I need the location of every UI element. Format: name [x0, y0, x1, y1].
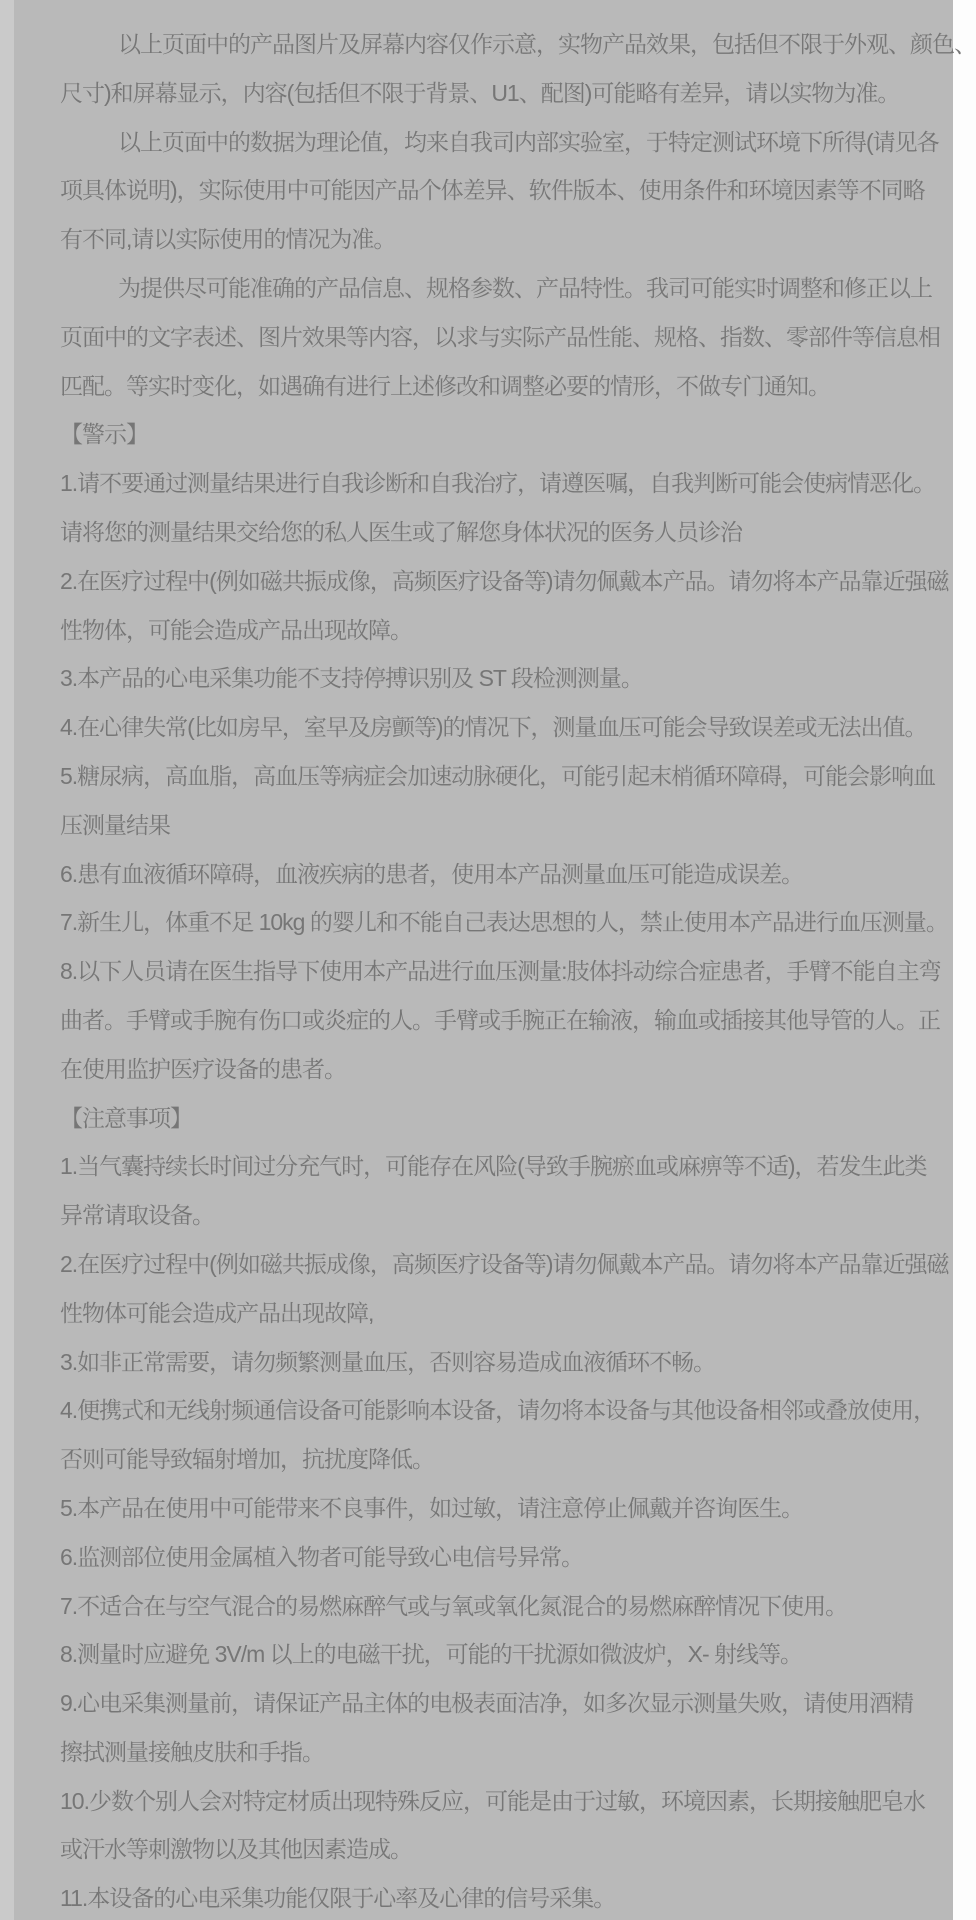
notice-item-line: 9.心电采集测量前，请保证产品主体的电极表面洁净，如多次显示测量失败，请使用酒精	[60, 1679, 949, 1728]
warning-item-line: 3.本产品的心电采集功能不支持停搏识别及 ST 段检测测量。	[60, 654, 949, 703]
warning-item-line: 压测量结果	[60, 801, 949, 850]
warning-item-line: 曲者。手臂或手腕有伤口或炎症的人。手臂或手腕正在输液，输血或插接其他导管的人。正	[60, 996, 949, 1045]
warning-item-line: 7.新生儿，体重不足 10kg 的婴儿和不能自己表达思想的人，禁止使用本产品进行…	[60, 898, 949, 947]
warning-item-line: 2.在医疗过程中(例如磁共振成像，高频医疗设备等)请勿佩戴本产品。请勿将本产品靠…	[60, 557, 949, 606]
warning-item-line: 1.请不要通过测量结果进行自我诊断和自我治疗，请遵医嘱，自我判断可能会使病情恶化…	[60, 459, 949, 508]
notice-item-line: 3.如非正常需要，请勿频繁测量血压，否则容易造成血液循环不畅。	[60, 1338, 949, 1387]
disclaimer-line: 匹配。等实时变化，如遇确有进行上述修改和调整必要的情形，不做专门通知。	[60, 362, 949, 411]
notice-item-line: 5.本产品在使用中可能带来不良事件，如过敏，请注意停止佩戴并咨询医生。	[60, 1484, 949, 1533]
warning-item-line: 在使用监护医疗设备的患者。	[60, 1045, 949, 1094]
notice-item-line: 异常请取设备。	[60, 1191, 949, 1240]
warning-item-line: 8.以下人员请在医生指导下使用本产品进行血压测量:肢体抖动综合症患者，手臂不能自…	[60, 947, 949, 996]
disclaimer-line: 有不同,请以实际使用的情况为准。	[60, 215, 949, 264]
page-left-margin-strip	[0, 0, 14, 1920]
disclaimer-line: 为提供尽可能准确的产品信息、规格参数、产品特性。我司可能实时调整和修正以上	[60, 264, 949, 313]
notice-item-line: 11.本设备的心电采集功能仅限于心率及心律的信号采集。	[60, 1874, 949, 1920]
disclaimer-line: 尺寸)和屏幕显示，内容(包括但不限于背景、U1、配图)可能略有差异，请以实物为准…	[60, 69, 949, 118]
notice-item-line: 4.便携式和无线射频通信设备可能影响本设备，请勿将本设备与其他设备相邻或叠放使用…	[60, 1386, 949, 1435]
notice-item-line: 擦拭测量接触皮肤和手指。	[60, 1728, 949, 1777]
notice-item-line: 8.测量时应避免 3V/m 以上的电磁干扰，可能的干扰源如微波炉，X- 射线等。	[60, 1630, 949, 1679]
notice-item-line: 6.监测部位使用金属植入物者可能导致心电信号异常。	[60, 1533, 949, 1582]
notice-item-line: 1.当气囊持续长时间过分充气时，可能存在风险(导致手腕瘀血或麻痹等不适)，若发生…	[60, 1142, 949, 1191]
warning-item-line: 6.患有血液循环障碍，血液疾病的患者，使用本产品测量血压可能造成误差。	[60, 850, 949, 899]
warning-item-line: 5.糖尿病，高血脂，高血压等病症会加速动脉硬化，可能引起末梢循环障碍，可能会影响…	[60, 752, 949, 801]
warning-item-line: 请将您的测量结果交给您的私人医生或了解您身体状况的医务人员诊治	[60, 508, 949, 557]
notice-item-line: 否则可能导致辐射增加，抗扰度降低。	[60, 1435, 949, 1484]
notice-item-line: 或汗水等刺激物以及其他因素造成。	[60, 1825, 949, 1874]
disclaimer-line: 项具体说明)，实际使用中可能因产品个体差异、软件版本、使用条件和环境因素等不同略	[60, 166, 949, 215]
notice-item-line: 性物体可能会造成产品出现故障,	[60, 1289, 949, 1338]
product-disclaimer-text-block: 以上页面中的产品图片及屏幕内容仅作示意，实物产品效果，包括但不限于外观、颜色、 …	[14, 0, 953, 1920]
notice-item-line: 7.不适合在与空气混合的易燃麻醉气或与氧或氧化氮混合的易燃麻醉情况下使用。	[60, 1582, 949, 1631]
warning-item-line: 性物体，可能会造成产品出现故障。	[60, 606, 949, 655]
disclaimer-line: 以上页面中的产品图片及屏幕内容仅作示意，实物产品效果，包括但不限于外观、颜色、	[60, 20, 949, 69]
notice-section-heading: 【注意事项】	[60, 1094, 949, 1143]
notice-item-line: 2.在医疗过程中(例如磁共振成像，高频医疗设备等)请勿佩戴本产品。请勿将本产品靠…	[60, 1240, 949, 1289]
disclaimer-line: 页面中的文字表述、图片效果等内容，以求与实际产品性能、规格、指数、零部件等信息相	[60, 313, 949, 362]
notice-item-line: 10.少数个别人会对特定材质出现特殊反应，可能是由于过敏，环境因素，长期接触肥皂…	[60, 1777, 949, 1826]
warning-item-line: 4.在心律失常(比如房早，室早及房颤等)的情况下，测量血压可能会导致误差或无法出…	[60, 703, 949, 752]
disclaimer-line: 以上页面中的数据为理论值，均来自我司内部实验室，于特定测试环境下所得(请见各	[60, 118, 949, 167]
warning-section-heading: 【警示】	[60, 410, 949, 459]
